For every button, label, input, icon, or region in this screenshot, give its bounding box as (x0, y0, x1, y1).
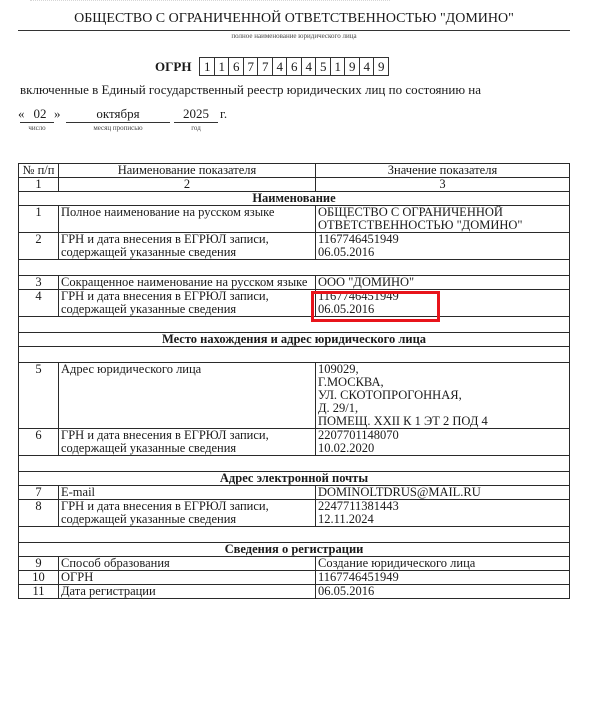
section-header-row: Место нахождения и адрес юридического ли… (19, 333, 570, 347)
year-underline (174, 122, 218, 123)
indicator-name: Полное наименование на русском языке (59, 206, 316, 233)
spacer-row (19, 260, 570, 276)
ogrn-digit: 6 (287, 58, 302, 75)
column-header-indicator: Наименование показателя (59, 164, 316, 178)
day-underline (20, 122, 54, 123)
table-row: 8ГРН и дата внесения в ЕГРЮЛ записи, сод… (19, 500, 570, 527)
table-header-row: № п/п Наименование показателя Значение п… (19, 164, 570, 178)
day-caption: число (20, 124, 54, 132)
date-day: 02 (28, 106, 52, 122)
month-underline (66, 122, 170, 123)
indicator-value: ОБЩЕСТВО С ОГРАНИЧЕННОЙОТВЕТСТВЕННОСТЬЮ … (316, 206, 570, 233)
indicator-value: 224771138144312.11.2024 (316, 500, 570, 527)
date-close-quote: » (54, 106, 61, 122)
table-row: 9Способ образованияСоздание юридического… (19, 557, 570, 571)
indicator-name: Адрес юридического лица (59, 363, 316, 429)
ogrn-digit: 9 (374, 58, 388, 75)
row-number: 5 (19, 363, 59, 429)
ogrn-digit-boxes: 1167746451949 (199, 57, 389, 76)
table-row: 3Сокращенное наименование на русском язы… (19, 276, 570, 290)
row-number: 2 (19, 233, 59, 260)
table-row: 6ГРН и дата внесения в ЕГРЮЛ записи, сод… (19, 429, 570, 456)
month-caption: месяц прописью (66, 124, 170, 132)
spacer-row (19, 347, 570, 363)
ogrn-block: ОГРН 1167746451949 (155, 57, 389, 76)
row-number: 11 (19, 585, 59, 599)
table-row: 2ГРН и дата внесения в ЕГРЮЛ записи, сод… (19, 233, 570, 260)
value-line: 1167746451949 (318, 571, 567, 584)
spacer-cell (19, 317, 570, 333)
spacer-cell (19, 347, 570, 363)
indicator-value: 116774645194906.05.2016 (316, 233, 570, 260)
section-title: Наименование (19, 192, 570, 206)
column-header-value: Значение показателя (316, 164, 570, 178)
column-number-2: 2 (59, 178, 316, 192)
row-number: 7 (19, 486, 59, 500)
indicator-value: Создание юридического лица (316, 557, 570, 571)
date-month: октября (66, 106, 170, 122)
indicator-name: Способ образования (59, 557, 316, 571)
row-number: 3 (19, 276, 59, 290)
ogrn-digit: 4 (302, 58, 317, 75)
date-year-suffix: г. (220, 106, 227, 122)
table-row: 1Полное наименование на русском языкеОБЩ… (19, 206, 570, 233)
row-number: 4 (19, 290, 59, 317)
value-line: ПОМЕЩ. XXII К 1 ЭТ 2 ПОД 4 (318, 415, 567, 428)
indicator-name: ГРН и дата внесения в ЕГРЮЛ записи, соде… (59, 290, 316, 317)
row-number: 1 (19, 206, 59, 233)
section-header-row: Адрес электронной почты (19, 472, 570, 486)
spacer-row (19, 456, 570, 472)
spacer-cell (19, 456, 570, 472)
table-row: 7E-mailDOMINOLTDRUS@MAIL.RU (19, 486, 570, 500)
table-row: 5Адрес юридического лица109029,Г.МОСКВА,… (19, 363, 570, 429)
ogrn-digit: 6 (229, 58, 244, 75)
ogrn-digit: 4 (273, 58, 288, 75)
row-number: 9 (19, 557, 59, 571)
value-line: 06.05.2016 (318, 246, 567, 259)
indicator-name: ОГРН (59, 571, 316, 585)
table-row: 11Дата регистрации06.05.2016 (19, 585, 570, 599)
ogrn-digit: 4 (360, 58, 375, 75)
ogrn-label: ОГРН (155, 59, 191, 75)
indicator-name: ГРН и дата внесения в ЕГРЮЛ записи, соде… (59, 429, 316, 456)
year-caption: год (174, 124, 218, 132)
section-title: Сведения о регистрации (19, 543, 570, 557)
indicator-name: ГРН и дата внесения в ЕГРЮЛ записи, соде… (59, 233, 316, 260)
spacer-cell (19, 260, 570, 276)
row-number: 6 (19, 429, 59, 456)
table-column-numbers-row: 1 2 3 (19, 178, 570, 192)
indicator-value: DOMINOLTDRUS@MAIL.RU (316, 486, 570, 500)
indicator-name: Сокращенное наименование на русском язык… (59, 276, 316, 290)
indicator-value: 109029,Г.МОСКВА,УЛ. СКОТОПРОГОННАЯ,Д. 29… (316, 363, 570, 429)
value-line: 06.05.2016 (318, 585, 567, 598)
value-line: 10.02.2020 (318, 442, 567, 455)
indicator-value-highlighted: ООО "ДОМИНО" (316, 276, 570, 290)
indicator-value: 1167746451949 (316, 571, 570, 585)
column-number-1: 1 (19, 178, 59, 192)
table-row: 10ОГРН1167746451949 (19, 571, 570, 585)
red-highlight-box (311, 291, 440, 322)
date-field: « 02 » октября 2025 г. число месяц пропи… (18, 106, 258, 136)
date-open-quote: « (18, 106, 25, 122)
section-header-row: Сведения о регистрации (19, 543, 570, 557)
ogrn-digit: 1 (331, 58, 346, 75)
ogrn-digit: 5 (316, 58, 331, 75)
section-title: Адрес электронной почты (19, 472, 570, 486)
section-header-row: Наименование (19, 192, 570, 206)
column-header-number: № п/п (19, 164, 59, 178)
value-line: 12.11.2024 (318, 513, 567, 526)
value-line: ОТВЕТСТВЕННОСТЬЮ "ДОМИНО" (318, 219, 567, 232)
value-line: ООО "ДОМИНО" (318, 276, 567, 289)
included-statement: включенные в Единый государственный реес… (20, 82, 481, 98)
indicator-name: E-mail (59, 486, 316, 500)
spacer-cell (19, 527, 570, 543)
indicator-name: ГРН и дата внесения в ЕГРЮЛ записи, соде… (59, 500, 316, 527)
table-body: Наименование1Полное наименование на русс… (19, 192, 570, 599)
section-title: Место нахождения и адрес юридического ли… (19, 333, 570, 347)
date-year: 2025 (174, 106, 218, 122)
value-line: Создание юридического лица (318, 557, 567, 570)
column-number-3: 3 (316, 178, 570, 192)
spacer-row (19, 527, 570, 543)
ogrn-digit: 9 (345, 58, 360, 75)
row-number: 10 (19, 571, 59, 585)
ogrn-digit: 7 (244, 58, 259, 75)
row-number: 8 (19, 500, 59, 527)
ogrn-digit: 1 (200, 58, 215, 75)
full-name-underline (18, 30, 570, 31)
spacer-row (19, 317, 570, 333)
indicator-value: 220770114807010.02.2020 (316, 429, 570, 456)
table-row: 4ГРН и дата внесения в ЕГРЮЛ записи, сод… (19, 290, 570, 317)
indicator-value: 06.05.2016 (316, 585, 570, 599)
ogrn-digit: 1 (215, 58, 230, 75)
cropped-previous-line (30, 0, 390, 4)
indicator-name: Дата регистрации (59, 585, 316, 599)
value-line: DOMINOLTDRUS@MAIL.RU (318, 486, 567, 499)
egrul-extract-table: № п/п Наименование показателя Значение п… (18, 163, 570, 599)
ogrn-digit: 7 (258, 58, 273, 75)
company-full-name: ОБЩЕСТВО С ОГРАНИЧЕННОЙ ОТВЕТСТВЕННОСТЬЮ… (18, 10, 570, 28)
full-name-caption: полное наименование юридического лица (18, 32, 570, 40)
